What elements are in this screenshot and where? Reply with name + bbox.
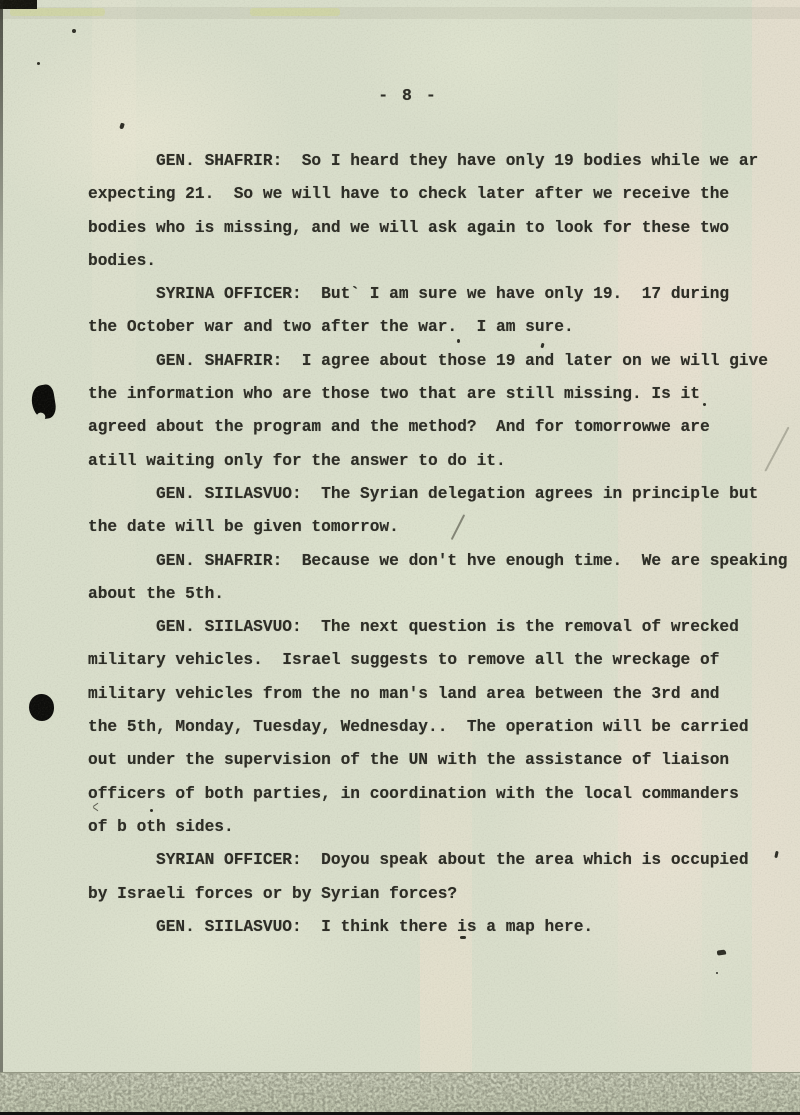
- transcript-line: agreed about the program and the method?…: [88, 411, 800, 444]
- hole-punch-mark: [29, 694, 54, 721]
- transcript-line: GEN. SIILASVUO: The Syrian delegation ag…: [88, 478, 800, 511]
- ink-speck: [37, 62, 40, 65]
- transcript-line: military vehicles. Israel suggests to re…: [88, 644, 800, 677]
- scan-left-edge: [0, 0, 3, 1115]
- transcript-line: the October war and two after the war. I…: [88, 311, 800, 344]
- transcript-line: GEN. SHAFRIR: So I heard they have only …: [88, 145, 800, 178]
- transcript-line: the information who are those two that a…: [88, 378, 800, 411]
- transcript-body: GEN. SHAFRIR: So I heard they have only …: [88, 145, 800, 944]
- transcript-line: GEN. SHAFRIR: Because we don't hve enoug…: [88, 545, 800, 578]
- transcript-line: SYRIAN OFFICER: Doyou speak about the ar…: [88, 844, 800, 877]
- scan-corner-strip: [0, 0, 37, 9]
- transcript-line: atill waiting only for the answer to do …: [88, 445, 800, 478]
- ink-speck: [72, 29, 76, 33]
- scan-highlight: [10, 8, 105, 16]
- transcript-line: GEN. SHAFRIR: I agree about those 19 and…: [88, 345, 800, 378]
- ink-speck: [460, 936, 466, 939]
- ink-speck: [703, 403, 706, 406]
- ink-speck: [716, 972, 718, 974]
- transcript-line: out under the supervision of the UN with…: [88, 744, 800, 777]
- transcript-line: about the 5th.: [88, 578, 800, 611]
- scan-smudge: [0, 7, 800, 19]
- transcript-line: SYRINA OFFICER: But` I am sure we have o…: [88, 278, 800, 311]
- transcript-line: GEN. SIILASVUO: I think there is a map h…: [88, 911, 800, 944]
- transcript-line: by Israeli forces or by Syrian forces?: [88, 878, 800, 911]
- transcript-line: military vehicles from the no man's land…: [88, 678, 800, 711]
- transcript-line: bodies who is missing, and we will ask a…: [88, 212, 800, 245]
- transcript-line: bodies.: [88, 245, 800, 278]
- scan-highlight: [250, 8, 340, 16]
- ink-speck: [150, 809, 153, 812]
- transcript-line: expecting 21. So we will have to check l…: [88, 178, 800, 211]
- transcript-line: officers of both parties, in coordinatio…: [88, 778, 800, 811]
- transcript-line: the 5th, Monday, Tuesday, Wednesday.. Th…: [88, 711, 800, 744]
- ink-speck: [457, 339, 460, 343]
- scan-edge-band: [0, 1072, 800, 1115]
- transcript-line: the date will be given tomorrow.: [88, 511, 800, 544]
- transcript-line: GEN. SIILASVUO: The next question is the…: [88, 611, 800, 644]
- page-number: - 8 -: [88, 86, 728, 105]
- transcript-line: of b oth sides.: [88, 811, 800, 844]
